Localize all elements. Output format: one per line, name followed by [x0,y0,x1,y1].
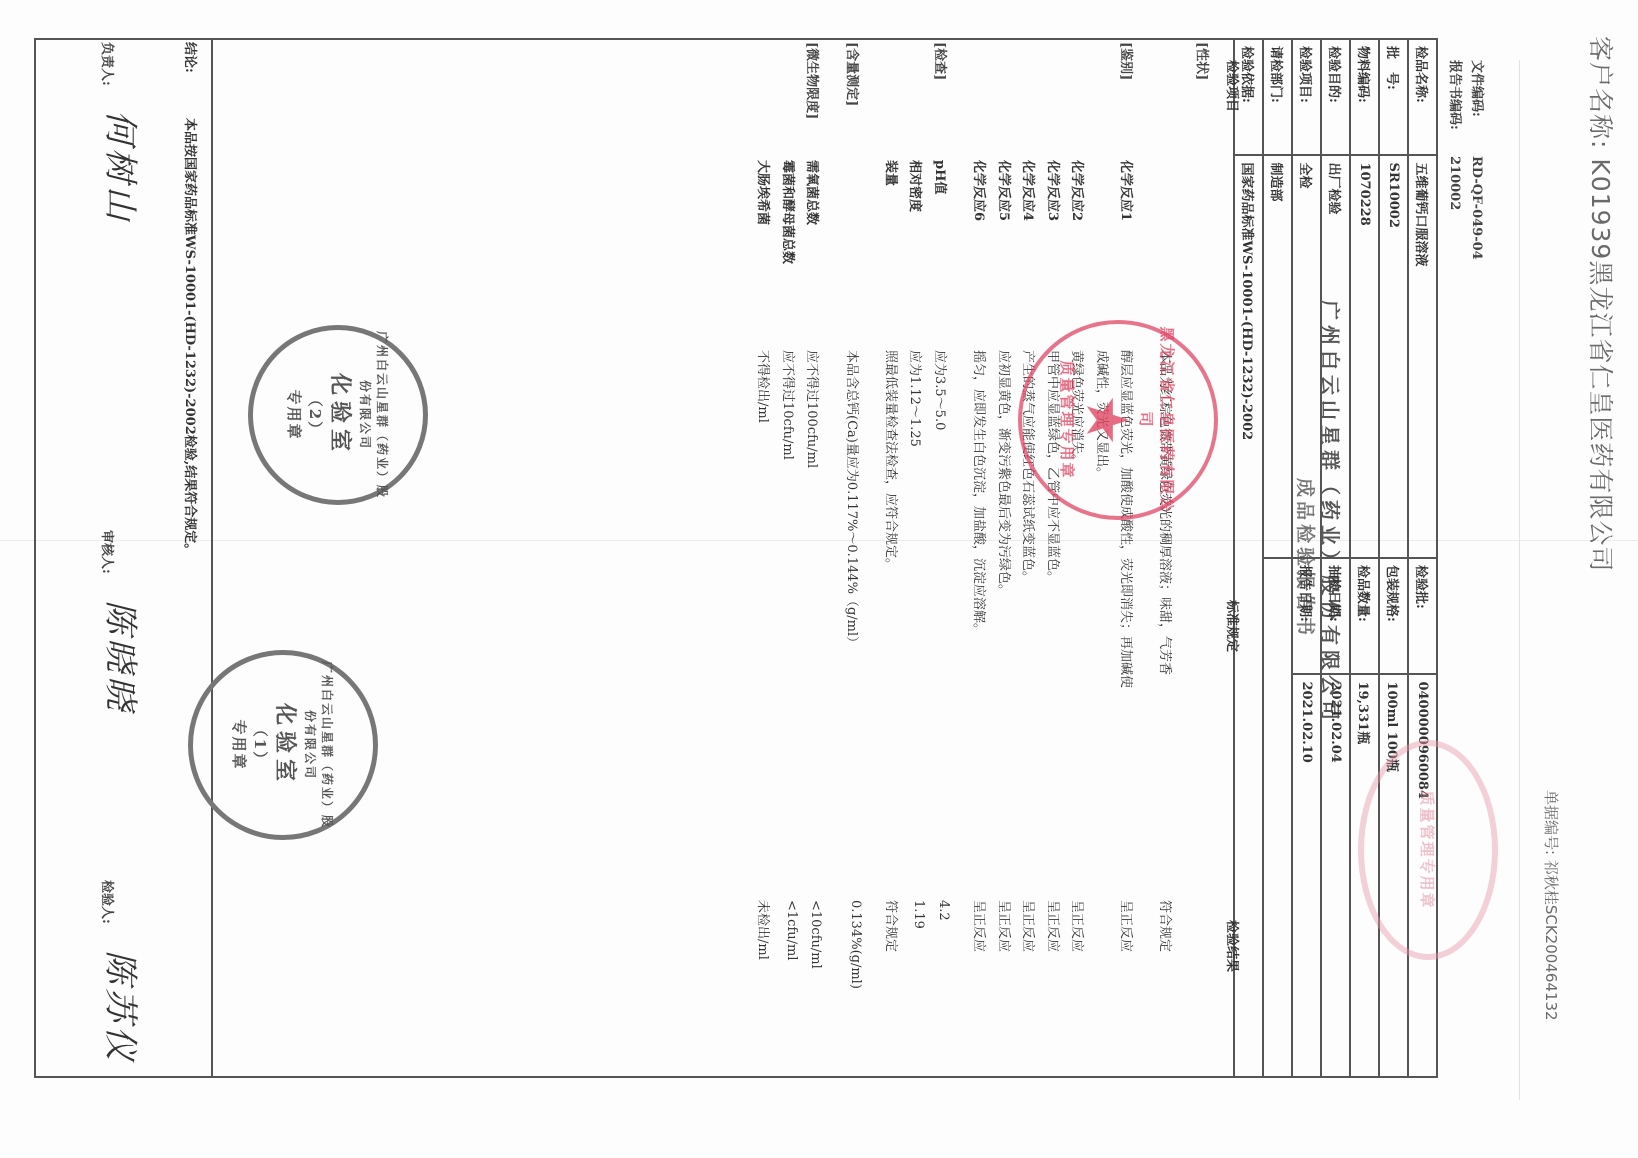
test-standard: 不得检出/ml [755,350,774,423]
test-item-name: 装量 [883,160,902,186]
test-item-name: pH值 [932,160,951,194]
report-code-value: 210002 [1447,156,1462,210]
responsible-label: 负责人: [99,42,118,86]
seal-number: （1） [251,722,272,768]
test-item-name: 化学反应6 [971,160,990,221]
test-standard: 应初显黄色，渐变污紫色最后变为污绿色。 [996,350,1015,597]
info-value: 全检 [1292,155,1321,558]
test-standard: 应为3.5～5.0 [932,350,951,430]
file-code: 文件编码:RD-QF-049-04 [1469,60,1488,260]
info-value: SR10002 [1379,155,1408,558]
test-item-name: 需氧菌总数 [804,160,823,225]
seal-ring-text: 黑龙江省仁皇医药有限公司 [1137,324,1179,516]
column-header-item: 检验项目 [1224,60,1243,112]
info-label: 抽检日期: [1321,558,1350,674]
test-result: 1.19 [911,900,926,929]
test-standard: 应不得过100cfu/ml [804,350,823,468]
section-heading: [鉴别] [1118,42,1137,80]
seal-ring-text: 质量管理专用章 [1418,790,1439,909]
seal-ring-text: 广州白云山星群（药业）股份有限公司 [358,330,392,500]
conclusion-label: 结论: [182,42,201,73]
info-row: 请检部门:制造部 [1263,39,1292,1077]
info-value: 五维葡钙口服溶液 [1408,155,1437,558]
seal-center-text: 化验室 [272,703,303,787]
seal-center-text: 化验室 [327,373,358,457]
test-item-name: 相对密度 [907,160,926,212]
divider [211,38,213,1078]
customer-label: 客户名称: [1586,36,1615,149]
star-icon: ★ [1079,394,1137,446]
column-header-standard: 标准规定 [1224,600,1243,652]
info-label: 批 号: [1379,39,1408,155]
test-result: 呈正反应 [996,900,1015,952]
empty-cell [1263,558,1292,1077]
file-code-label: 文件编码: [1469,60,1488,156]
seal-ring-text: 广州白云山星群（药业）股份有限公司 [303,655,337,835]
info-label: 检品数量: [1350,558,1379,674]
test-result: <10cfu/ml [808,900,823,969]
info-value: 2021.02.04 [1321,674,1350,1077]
info-value: 2021.02.10 [1292,674,1321,1077]
test-result: 呈正反应 [971,900,990,952]
section-heading: [微生物限度] [804,42,823,119]
reviewer-signature: 陈晓晓 [99,600,148,714]
test-item-name: 大肠埃希菌 [755,160,774,225]
test-result: 符合规定 [883,900,902,952]
scan-line [1519,60,1520,1100]
seal-bottom-text: 专用章 [285,389,306,440]
test-result: 呈正反应 [1045,900,1064,952]
company-red-seal: 黑龙江省仁皇医药有限公司 ★ 质量管理专用章 [1018,320,1218,520]
info-label: 检验批: [1408,558,1437,674]
info-label: 请检部门: [1263,39,1292,155]
test-result: 未检出/ml [755,900,774,960]
info-label: 检验目的: [1321,39,1350,155]
test-item-name: 化学反应1 [1118,160,1137,221]
info-value: 制造部 [1263,155,1292,558]
info-label: 报告日期: [1292,558,1321,674]
document-number: 单据编号: 祁秋桂SCK20046​4132 [1541,790,1562,1021]
section-heading: [性状] [1194,42,1213,80]
test-standard: 本品含总钙(Ca)量应为0.117%～0.144%（g/ml） [844,350,863,649]
scanned-report-page: 客户名称: K01939黑龙江省仁皇医药有限公司 单据编号: 祁秋桂SCK200… [0,0,1638,1158]
info-row: 检验目的:出厂检验抽检日期:2021.02.04 [1321,39,1350,1077]
reviewer-label: 审核人: [99,530,118,574]
responsible-signature: 何树山 [99,110,148,224]
conclusion-text: 本品按国家药品标准WS-10001-(HD-1232)-2002检验,结果符合规… [182,118,201,556]
lab-seal-2: 广州白云山星群（药业）股份有限公司 化验室 （2） 专用章 [248,325,428,505]
test-result: 呈正反应 [1020,900,1039,952]
info-label: 物料编码: [1350,39,1379,155]
file-code-value: RD-QF-049-04 [1469,156,1484,260]
info-label: 包装规格: [1379,558,1408,674]
section-heading: [含量测定] [844,42,863,106]
section-heading: [检查] [932,42,951,80]
faint-red-seal: 质量管理专用章 [1358,740,1498,960]
test-standard: 应不得过10cfu/ml [780,350,799,460]
document-number-value: 祁秋桂SCK20046​4132 [1542,860,1560,1021]
test-item-name: 化学反应3 [1045,160,1064,221]
inspector-signature: 陈苏仪 [99,950,148,1064]
test-item-name: 霉菌和酵母菌总数 [780,160,799,264]
seal-bottom-text: 专用章 [230,719,251,770]
seal-number: （2） [306,392,327,438]
column-header-result: 检验结果 [1224,920,1243,972]
info-value: 出厂检验 [1321,155,1350,558]
info-label: 检品名称: [1408,39,1437,155]
test-result: 呈正反应 [1069,900,1088,952]
report-code: 报告书编码:210002 [1447,60,1466,210]
info-value: 1070228 [1350,155,1379,558]
test-result: 4.2 [936,900,951,921]
test-standard: 应为1.12～1.25 [907,350,926,447]
inspector-label: 检验人: [99,880,118,924]
seal-sub-text: 质量管理专用章 [1058,360,1079,479]
test-result: 0.134%(g/ml) [848,900,863,989]
test-result: 符合规定 [1157,900,1176,952]
report-code-label: 报告书编码: [1447,60,1466,156]
test-item-name: 化学反应2 [1069,160,1088,221]
customer-name: 客户名称: K01939黑龙江省仁皇医药有限公司 [1584,36,1620,572]
customer-value: K01939黑龙江省仁皇医药有限公司 [1586,158,1615,572]
test-standard: 摇匀，应即发生白色沉淀，加盐酸，沉淀应溶解。 [971,350,990,636]
lab-seal-1: 广州白云山星群（药业）股份有限公司 化验室 （1） 专用章 [188,650,378,840]
test-result: <1cfu/ml [784,900,799,961]
test-item-name: 化学反应5 [996,160,1015,221]
test-item-name: 化学反应4 [1020,160,1039,221]
info-label: 检验项目: [1292,39,1321,155]
info-row: 检验项目:全检报告日期:2021.02.10 [1292,39,1321,1077]
document-number-label: 单据编号: [1542,790,1560,855]
test-standard: 照最低装量检查法检查，应符合规定。 [883,350,902,571]
test-result: 呈正反应 [1118,900,1137,952]
